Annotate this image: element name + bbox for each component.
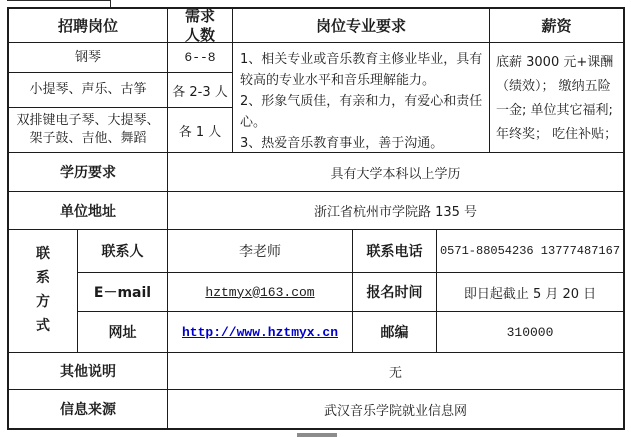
header-requirements: 岗位专业要求	[233, 9, 490, 43]
position-count-value: 6--8	[184, 50, 215, 65]
contact-method-label: 联系方式	[34, 243, 52, 338]
requirement-line-2: 2、形象气质佳，有亲和力，有爱心和责任心。	[240, 91, 485, 133]
job-posting-table-page: 招聘岗位 需求人数 岗位专业要求 薪资 钢琴 6--8 小提琴、声乐、古筝 各 …	[0, 0, 631, 437]
info-source-label-cell: 信息来源	[9, 390, 168, 428]
apply-deadline-label: 报名时间	[367, 282, 423, 302]
contact-person-label: 联系人	[102, 241, 144, 261]
apply-deadline-label-cell: 报名时间	[353, 273, 437, 312]
education-value-cell: 具有大学本科以上学历	[168, 153, 623, 192]
info-source-value-cell: 武汉音乐学院就业信息网	[168, 390, 623, 428]
address-value-cell: 浙江省杭州市学院路 135 号	[168, 192, 623, 230]
cropped-row-top-line	[7, 0, 111, 1]
email-link[interactable]: hztmyx@163.com	[205, 285, 314, 300]
salary-text: 底薪 3000 元+课酬（绩效）； 缴纳五险一金; 单位其它福利; 年终奖； 吃…	[496, 55, 617, 142]
position-name: 小提琴、声乐、古筝	[25, 81, 150, 99]
requirements-cell: 1、相关专业或音乐教育主修业毕业，具有较高的专业水平和音乐理解能力。 2、形象气…	[233, 43, 490, 153]
education-value: 具有大学本科以上学历	[330, 163, 460, 182]
website-link[interactable]: http://www.hztmyx.cn	[182, 325, 338, 340]
header-salary-label: 薪资	[541, 15, 571, 36]
position-count-violin-vocal-guzheng: 各 2-3 人	[168, 73, 233, 108]
header-position-label: 招聘岗位	[58, 15, 118, 36]
apply-deadline-value: 即日起截止 5 月 20 日	[464, 283, 596, 302]
email-value-cell: hztmyx@163.com	[168, 273, 353, 312]
header-requirements-label: 岗位专业要求	[316, 15, 406, 36]
requirement-line-3: 3、热爱音乐教育事业，善于沟通。	[240, 133, 485, 153]
contact-method-label-cell: 联系方式	[9, 230, 78, 353]
scrollbar-fragment[interactable]	[297, 433, 337, 437]
salary-cell: 底薪 3000 元+课酬（绩效）； 缴纳五险一金; 单位其它福利; 年终奖； 吃…	[490, 43, 623, 153]
postcode-value: 310000	[507, 325, 554, 340]
other-notes-value-cell: 无	[168, 353, 623, 390]
position-row-piano: 钢琴	[9, 43, 168, 73]
position-count-piano: 6--8	[168, 43, 233, 73]
header-count: 需求人数	[168, 9, 233, 43]
postcode-label: 邮编	[381, 322, 409, 342]
contact-phone-label-cell: 联系电话	[353, 230, 437, 273]
position-count-value: 各 1 人	[179, 121, 222, 140]
contact-phone-label: 联系电话	[367, 241, 423, 261]
position-row-violin-vocal-guzheng: 小提琴、声乐、古筝	[9, 73, 168, 108]
position-count-value: 各 2-3 人	[172, 81, 228, 100]
position-row-keyboard-cello-drums-guitar-dance: 双排键电子琴、大提琴、架子鼓、吉他、舞蹈	[9, 108, 168, 153]
position-name: 钢琴	[71, 49, 105, 67]
other-notes-value: 无	[389, 362, 402, 381]
apply-deadline-value-cell: 即日起截止 5 月 20 日	[437, 273, 623, 312]
education-label-cell: 学历要求	[9, 153, 168, 192]
contact-person-value-cell: 李老师	[168, 230, 353, 273]
website-value-cell: http://www.hztmyx.cn	[168, 312, 353, 353]
contact-person-value: 李老师	[239, 241, 281, 261]
website-label: 网址	[109, 322, 137, 342]
header-salary: 薪资	[490, 9, 623, 43]
position-count-keyboard-cello-drums-guitar-dance: 各 1 人	[168, 108, 233, 153]
info-source-label: 信息来源	[60, 399, 116, 419]
other-notes-label-cell: 其他说明	[9, 353, 168, 390]
info-source-value: 武汉音乐学院就业信息网	[324, 400, 467, 419]
header-count-label: 需求人数	[183, 9, 217, 43]
education-label: 学历要求	[60, 162, 116, 182]
website-label-cell: 网址	[78, 312, 168, 353]
address-label-cell: 单位地址	[9, 192, 168, 230]
contact-person-label-cell: 联系人	[78, 230, 168, 273]
other-notes-label: 其他说明	[60, 361, 116, 381]
email-label-cell: E－mail	[78, 273, 168, 312]
contact-phone-value: 0571-88054236 13777487167	[440, 244, 620, 258]
header-position: 招聘岗位	[9, 9, 168, 43]
contact-phone-value-cell: 0571-88054236 13777487167	[437, 230, 623, 273]
address-value: 浙江省杭州市学院路 135 号	[314, 201, 477, 220]
address-label: 单位地址	[60, 201, 116, 221]
position-name: 双排键电子琴、大提琴、架子鼓、吉他、舞蹈	[9, 112, 167, 147]
requirement-line-1: 1、相关专业或音乐教育主修业毕业，具有较高的专业水平和音乐理解能力。	[240, 49, 485, 91]
job-posting-table: 招聘岗位 需求人数 岗位专业要求 薪资 钢琴 6--8 小提琴、声乐、古筝 各 …	[7, 7, 625, 430]
email-label: E－mail	[94, 282, 151, 302]
postcode-label-cell: 邮编	[353, 312, 437, 353]
postcode-value-cell: 310000	[437, 312, 623, 353]
